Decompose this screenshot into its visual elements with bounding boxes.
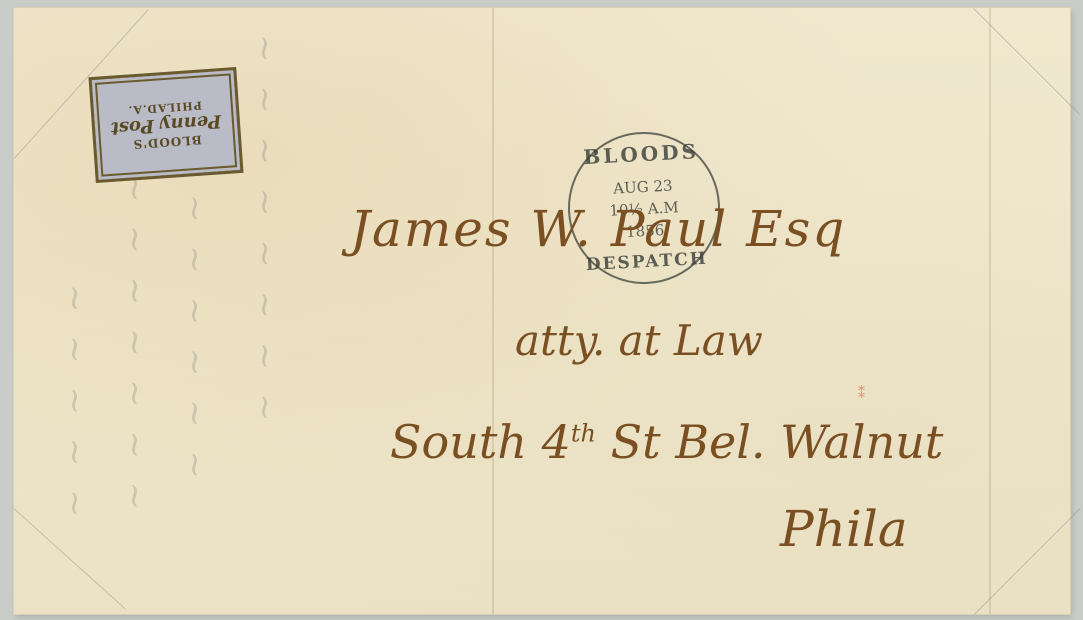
street-ordinal: th [571, 420, 596, 448]
bloods-penny-post-stamp: BLOOD'S Penny Post PHILAD.A. [88, 67, 243, 183]
street-number: South 4 [390, 415, 571, 469]
bleed-through-writing: ~ ~ ~ ~ ~ ~ [174, 188, 214, 479]
stamp-text-middle: Penny Post [110, 110, 222, 139]
fold-line [989, 8, 991, 614]
address-line-city: Phila [780, 500, 908, 558]
bleed-through-writing: ~ ~ ~ ~ ~ ~ ~ [114, 168, 154, 510]
fold-line [492, 8, 494, 614]
corner-mount-line [13, 508, 125, 609]
postmark-date: AUG 23 [569, 174, 718, 200]
address-line-street: South 4th St Bel. Walnut [390, 415, 943, 469]
red-ink-mark: ⁑ [858, 386, 865, 402]
address-line-name: James W. Paul Esq [350, 200, 846, 258]
address-line-title: atty. at Law [515, 316, 763, 365]
street-rest: St Bel. Walnut [596, 415, 943, 469]
bleed-through-writing: ~ ~ ~ ~ ~ [54, 278, 94, 518]
bleed-through-writing: ~ ~ ~ ~ ~ ~ ~ ~ [244, 28, 284, 422]
